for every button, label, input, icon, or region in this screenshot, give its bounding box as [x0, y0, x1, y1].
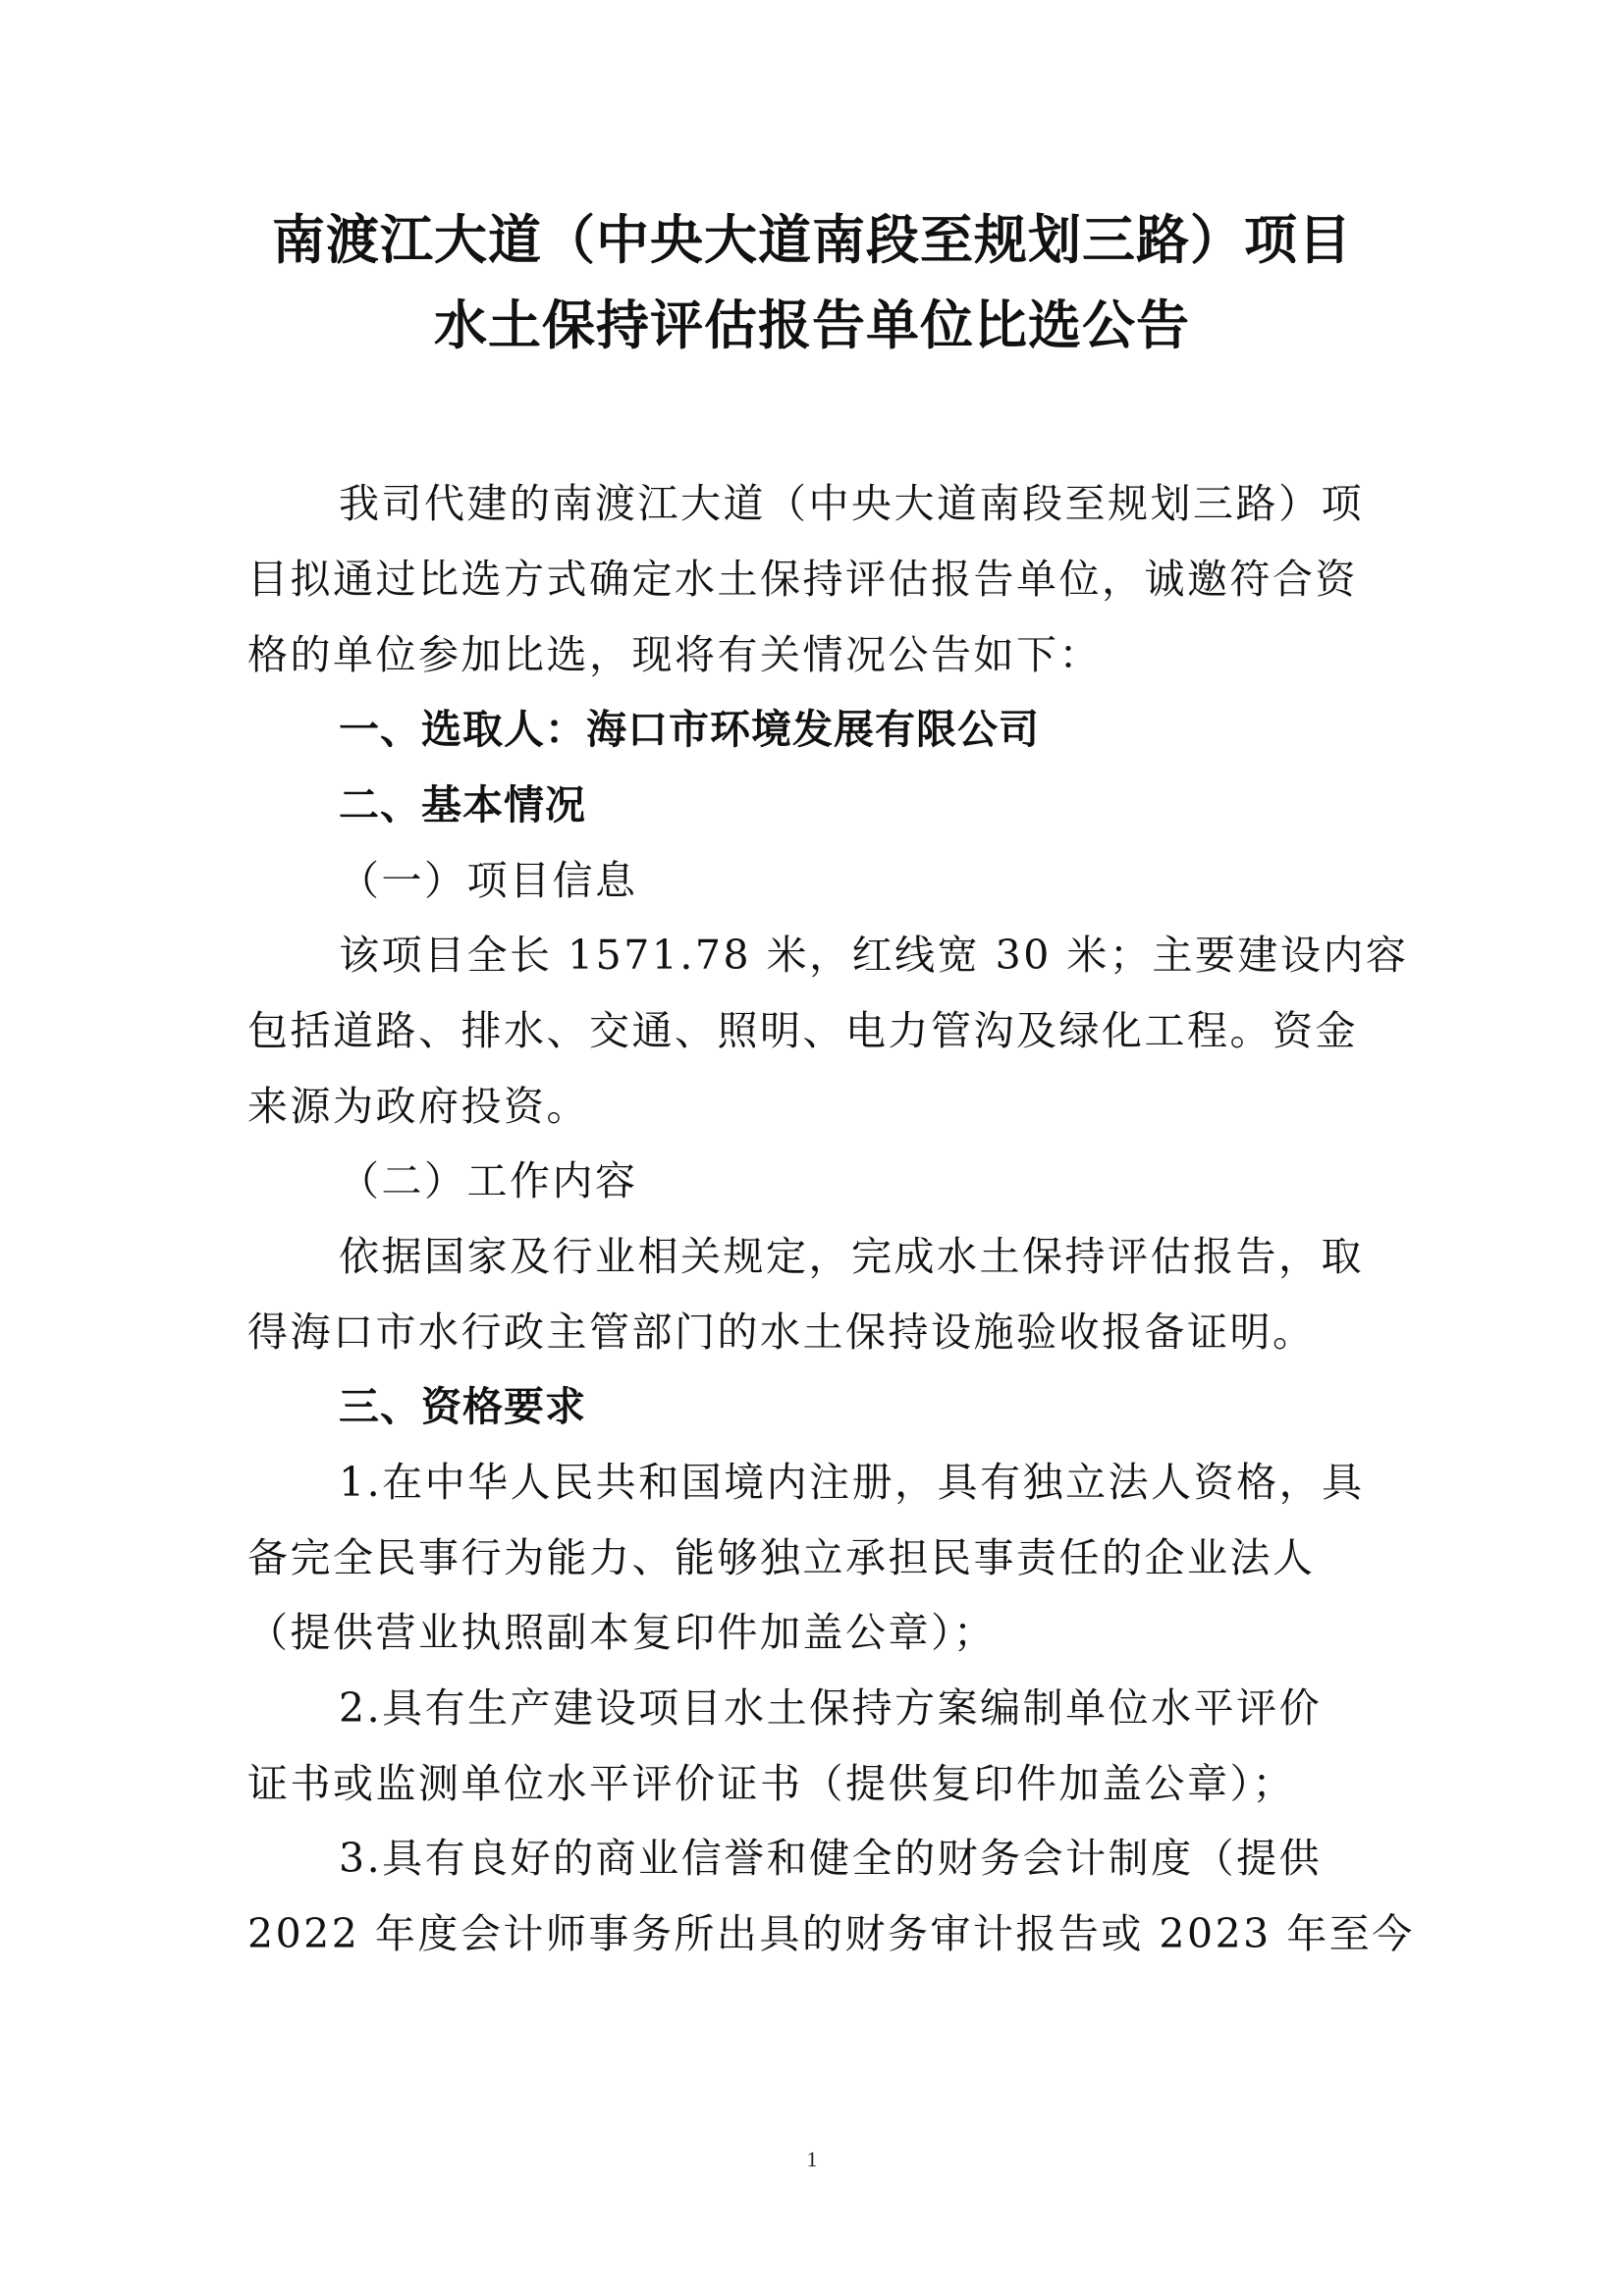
subsection-project-info-heading: （一）项目信息 [339, 856, 638, 905]
requirement-3-line-2: 2022 年度会计师事务所出具的财务审计报告或 2023 年至今 [247, 1909, 1415, 1958]
intro-paragraph-line-2: 目拟通过比选方式确定水土保持评估报告单位，诚邀符合资 [247, 555, 1358, 604]
section-1-heading: 一、选取人：海口市环境发展有限公司 [339, 705, 1040, 754]
work-content-line-2: 得海口市水行政主管部门的水土保持设施验收报备证明。 [247, 1308, 1316, 1357]
work-content-line-1: 依据国家及行业相关规定，完成水土保持评估报告，取 [339, 1232, 1364, 1281]
section-3-heading: 三、资格要求 [339, 1382, 586, 1431]
project-info-line-2: 包括道路、排水、交通、照明、电力管沟及绿化工程。资金 [247, 1006, 1358, 1055]
section-2-heading: 二、基本情况 [339, 780, 586, 829]
subsection-work-content-heading: （二）工作内容 [339, 1156, 638, 1205]
requirement-1-line-1: 1.在中华人民共和国境内注册，具有独立法人资格，具 [339, 1458, 1365, 1507]
requirement-3-line-1: 3.具有良好的商业信誉和健全的财务会计制度（提供 [339, 1834, 1322, 1883]
requirement-2-line-1: 2.具有生产建设项目水土保持方案编制单位水平评价 [339, 1683, 1322, 1733]
document-title-line-1: 南渡江大道（中央大道南段至规划三路）项目 [0, 211, 1624, 270]
page-number: 1 [0, 2147, 1624, 2172]
requirement-2-line-2: 证书或监测单位水平评价证书（提供复印件加盖公章）； [247, 1759, 1295, 1808]
document-title-line-2: 水土保持评估报告单位比选公告 [0, 296, 1624, 355]
project-info-line-1: 该项目全长 1571.78 米，红线宽 30 米；主要建设内容 [339, 931, 1408, 980]
requirement-1-line-3: （提供营业执照副本复印件加盖公章）； [247, 1608, 997, 1657]
intro-paragraph-line-3: 格的单位参加比选，现将有关情况公告如下： [247, 630, 1102, 679]
requirement-1-line-2: 备完全民事行为能力、能够独立承担民事责任的企业法人 [247, 1533, 1316, 1582]
intro-paragraph-line-1: 我司代建的南渡江大道（中央大道南段至规划三路）项 [339, 479, 1364, 528]
project-info-line-3: 来源为政府投资。 [247, 1082, 589, 1131]
